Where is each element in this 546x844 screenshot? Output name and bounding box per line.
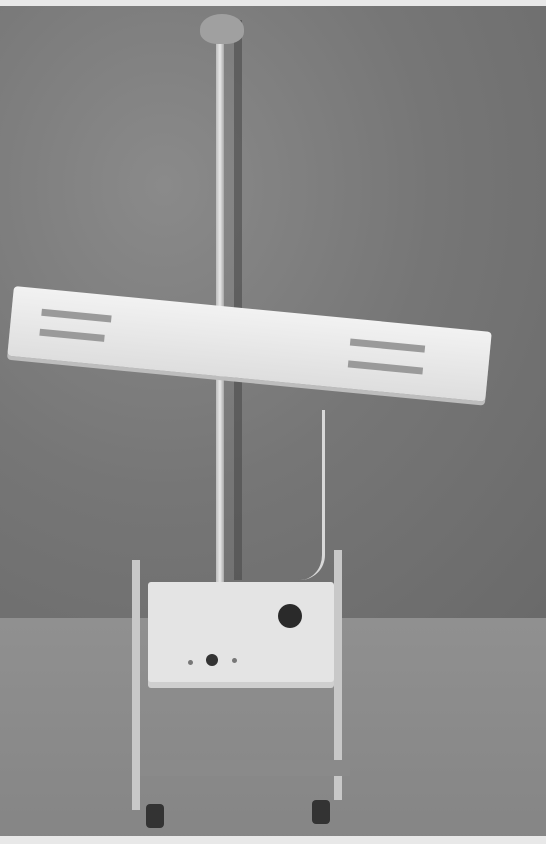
lamp-label-left-top [41,309,111,323]
lamp-label-right-top [350,338,425,352]
power-cable [300,410,325,580]
lamp-label-left-bottom [39,329,104,342]
photo-border-bottom [0,836,546,844]
cart-shelf [140,760,350,776]
indicator-dot [232,658,237,663]
control-console [148,582,334,682]
photo-border-top [0,0,546,6]
indicator-dot [188,660,193,665]
photograph [0,0,546,844]
pole-top-fixture [200,14,244,44]
indicator-light [206,654,218,666]
pole-shadow [234,20,242,580]
wheel-left [146,804,164,828]
control-knob [278,604,302,628]
wheel-right [312,800,330,824]
cart-leg-left [132,560,140,810]
lamp-label-right-bottom [348,360,423,374]
